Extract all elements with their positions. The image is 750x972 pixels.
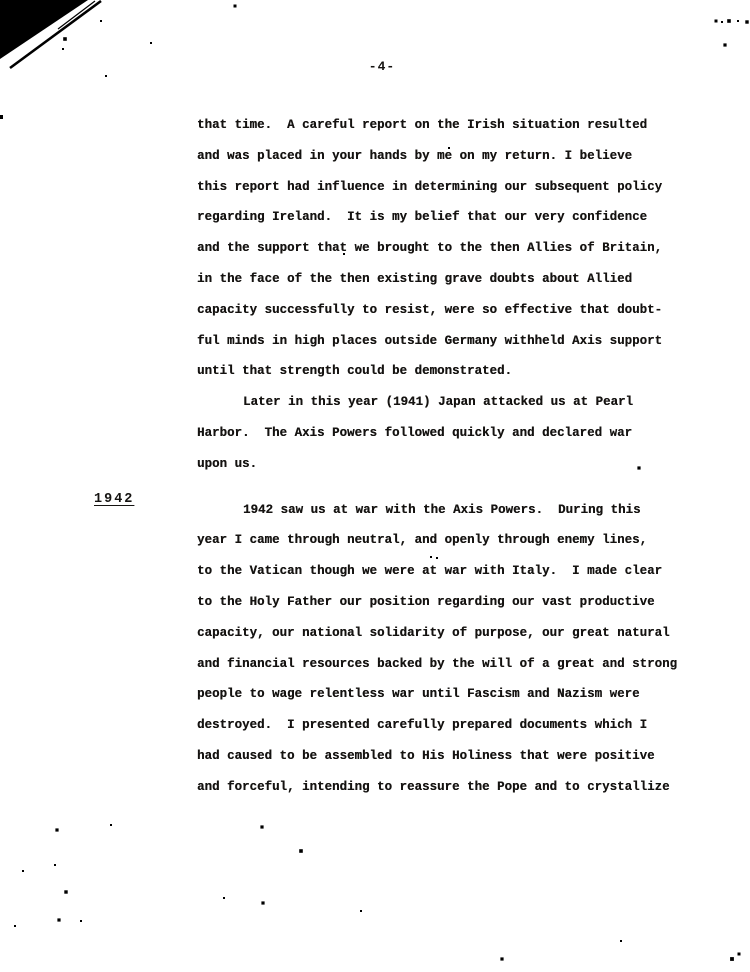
- text-line: capacity, our national solidarity of pur…: [197, 618, 702, 649]
- text-line: and the support that we brought to the t…: [197, 233, 702, 264]
- page-number: -4-: [0, 59, 750, 74]
- text-line: upon us.: [197, 449, 702, 480]
- text-line: people to wage relentless war until Fasc…: [197, 679, 702, 710]
- margin-note-year: 1942: [94, 492, 134, 507]
- scan-noise-specks: [0, 0, 2, 2]
- text-line: and forceful, intending to reassure the …: [197, 772, 702, 803]
- paragraph: 1942 saw us at war with the Axis Powers.…: [197, 495, 702, 803]
- scanned-document-page: -4- 1942 that time. A careful report on …: [0, 0, 750, 972]
- text-line: in the face of the then existing grave d…: [197, 264, 702, 295]
- text-line: to the Holy Father our position regardin…: [197, 587, 702, 618]
- paragraph: Later in this year (1941) Japan attacked…: [197, 387, 702, 479]
- text-line: capacity successfully to resist, were so…: [197, 295, 702, 326]
- text-line: this report had influence in determining…: [197, 172, 702, 203]
- text-line: 1942 saw us at war with the Axis Powers.…: [197, 495, 702, 526]
- text-line: until that strength could be demonstrate…: [197, 356, 702, 387]
- text-line: Later in this year (1941) Japan attacked…: [197, 387, 702, 418]
- text-line: and was placed in your hands by me on my…: [197, 141, 702, 172]
- paragraph: that time. A careful report on the Irish…: [197, 110, 702, 387]
- text-line: Harbor. The Axis Powers followed quickly…: [197, 418, 702, 449]
- text-line: had caused to be assembled to His Holine…: [197, 741, 702, 772]
- text-line: and financial resources backed by the wi…: [197, 649, 702, 680]
- page-corner-fold-artifact: [0, 0, 120, 90]
- text-line: ful minds in high places outside Germany…: [197, 326, 702, 357]
- text-line: to the Vatican though we were at war wit…: [197, 556, 702, 587]
- text-line: that time. A careful report on the Irish…: [197, 110, 702, 141]
- text-line: year I came through neutral, and openly …: [197, 525, 702, 556]
- text-line: regarding Ireland. It is my belief that …: [197, 202, 702, 233]
- text-line: destroyed. I presented carefully prepare…: [197, 710, 702, 741]
- document-body: that time. A careful report on the Irish…: [197, 110, 702, 803]
